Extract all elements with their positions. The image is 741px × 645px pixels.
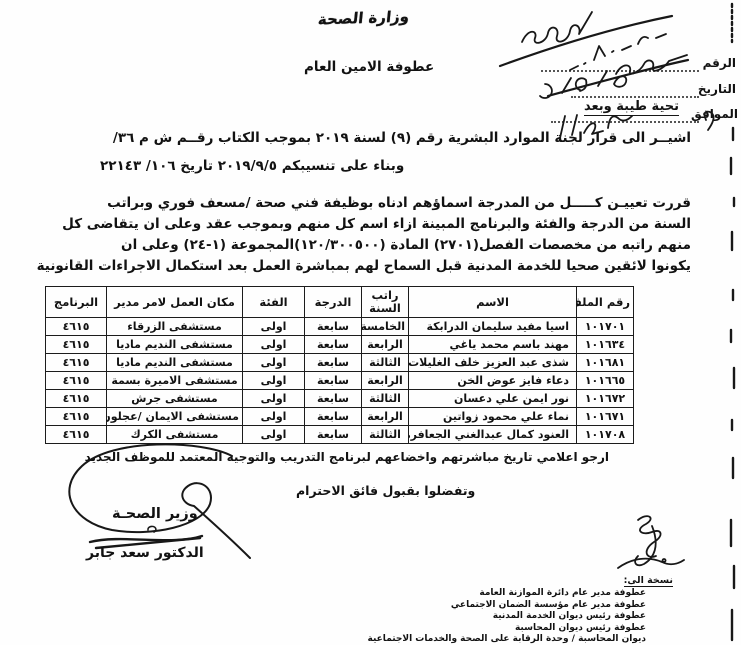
cell-category: اولى xyxy=(243,372,305,390)
cell-salary-year: الرابعة xyxy=(362,372,409,390)
table-row: ١٠١٦٣٤ مهند باسم محمد ياغي الرابعة سابعة… xyxy=(46,336,634,354)
cell-name: اسيا مفيد سليمان الدرابكة xyxy=(409,318,577,336)
column-header-category: الفئة xyxy=(243,287,305,318)
secretary-initials-scribble xyxy=(594,510,694,580)
copy-list-item: عطوفة مدير عام دائرة الموازنة العامة xyxy=(368,588,646,600)
cell-name: نماء علي محمود زواتين xyxy=(409,408,577,426)
column-header-program: البرنامج xyxy=(46,287,107,318)
cell-file-no: ١٠١٦٧٢ xyxy=(577,390,634,408)
body-paragraph1-line2: ١٠٦/ ٢٢١٤٣ تاريخ ٢٠١٩/٩/٥ وبناء على تنسي… xyxy=(100,158,404,174)
column-header-workplace: مكان العمل لامر مدير xyxy=(107,287,243,318)
minister-name: الدكتور سعد جابر xyxy=(86,545,204,561)
copy-list-item: عطوفة رئيس ديوان المحاسبة xyxy=(368,623,646,635)
cell-name: العنود كمال عبدالغني الجعافرة xyxy=(409,426,577,444)
cell-salary-year: الرابعة xyxy=(362,336,409,354)
cell-workplace: مستشفى الاميرة بسمة xyxy=(107,372,243,390)
cell-program: ٤٦١٥ xyxy=(46,408,107,426)
cell-file-no: ١٠١٧٠٨ xyxy=(577,426,634,444)
copies-list: عطوفة مدير عام دائرة الموازنة العامة عطو… xyxy=(368,588,646,645)
appointments-table: رقم الملف الاسم راتب السنة الدرجة الفئة … xyxy=(45,286,634,444)
table-row: ١٠١٦٧١ نماء علي محمود زواتين الرابعة ساب… xyxy=(46,408,634,426)
cell-grade: سابعة xyxy=(305,336,362,354)
cell-grade: سابعة xyxy=(305,372,362,390)
cell-program: ٤٦١٥ xyxy=(46,336,107,354)
cell-name: شذى عبد العزيز خلف الغليلات xyxy=(409,354,577,372)
recipient-line: عطوفة الامين العام xyxy=(304,59,434,75)
copy-list-item: ديوان المحاسبة / وحدة الرقابة على الصحة … xyxy=(368,634,646,645)
cell-workplace: مستشفى الايمان /عجلون xyxy=(107,408,243,426)
cell-name: مهند باسم محمد ياغي xyxy=(409,336,577,354)
cell-file-no: ١٠١٦٦٥ xyxy=(577,372,634,390)
closing-salutation-line: وتفضلوا بقبول فائق الاحترام xyxy=(296,483,475,498)
body-paragraph2-line3: منهم راتبه من مخصصات الفصل(٢٧٠١) المادة … xyxy=(121,237,691,253)
cell-program: ٤٦١٥ xyxy=(46,372,107,390)
cell-salary-year: الرابعة xyxy=(362,408,409,426)
cell-file-no: ١٠١٦٣٤ xyxy=(577,336,634,354)
reference-number: ١٠٦/ ٢٢١٤٣ xyxy=(100,158,176,174)
cell-workplace: مستشفى النديم ماديا xyxy=(107,336,243,354)
column-header-salary-year: راتب السنة xyxy=(362,287,409,318)
cell-category: اولى xyxy=(243,318,305,336)
ministry-of-health-logo: وزارة الصحة xyxy=(317,7,410,28)
cell-grade: سابعة xyxy=(305,408,362,426)
cell-grade: سابعة xyxy=(305,318,362,336)
cell-grade: سابعة xyxy=(305,426,362,444)
cell-salary-year: الثالثة xyxy=(362,390,409,408)
cell-salary-year: الثالثة xyxy=(362,426,409,444)
cell-category: اولى xyxy=(243,354,305,372)
cell-program: ٤٦١٥ xyxy=(46,390,107,408)
cell-name: دعاء فايز عوض الخن xyxy=(409,372,577,390)
cell-workplace: مستشفى الزرقاء xyxy=(107,318,243,336)
body-paragraph2-line1: قررت تعييـن كـــــل من المدرجة اسماؤهم ا… xyxy=(107,195,691,211)
cell-category: اولى xyxy=(243,390,305,408)
column-header-grade: الدرجة xyxy=(305,287,362,318)
cell-salary-year: الخامسة xyxy=(362,318,409,336)
cell-file-no: ١٠١٧٠١ xyxy=(577,318,634,336)
scanned-letter-page: وزارة الصحة عطوفة الامين العام الرقم الت… xyxy=(0,0,741,645)
cell-program: ٤٦١٥ xyxy=(46,354,107,372)
cell-program: ٤٦١٥ xyxy=(46,318,107,336)
cell-salary-year: الثالثة xyxy=(362,354,409,372)
cell-workplace: مستشفى جرش xyxy=(107,390,243,408)
minister-title: وزير الصحـة xyxy=(112,506,198,522)
copies-heading: نسخة الى: xyxy=(624,575,673,587)
body-paragraph2-line2: السنة من الدرجة والفئة والبرنامج المبينة… xyxy=(62,216,691,232)
table-header-row: رقم الملف الاسم راتب السنة الدرجة الفئة … xyxy=(46,287,634,318)
table-row: ١٠١٦٦٥ دعاء فايز عوض الخن الرابعة سابعة … xyxy=(46,372,634,390)
copy-list-item: عطوفة رئيس ديوان الخدمة المدنية xyxy=(368,611,646,623)
handwritten-annotations-top xyxy=(492,0,741,150)
table-row: ١٠١٦٨١ شذى عبد العزيز خلف الغليلات الثال… xyxy=(46,354,634,372)
body-paragraph2-line4: يكونوا لائقين صحيا للخدمة المدنية قبل ال… xyxy=(37,258,691,274)
cell-grade: سابعة xyxy=(305,354,362,372)
date-word: تاريخ xyxy=(180,158,213,174)
reference-date: ٢٠١٩/٩/٥ xyxy=(218,158,277,174)
column-header-name: الاسم xyxy=(409,287,577,318)
scan-edge-artifacts xyxy=(723,0,741,645)
cell-category: اولى xyxy=(243,336,305,354)
column-header-file-no: رقم الملف xyxy=(577,287,634,318)
cell-category: اولى xyxy=(243,408,305,426)
cell-grade: سابعة xyxy=(305,390,362,408)
cell-workplace: مستشفى النديم ماديا xyxy=(107,354,243,372)
copy-list-item: عطوفة مدير عام مؤسسة الضمان الاجتماعي xyxy=(368,600,646,612)
cell-file-no: ١٠١٦٧١ xyxy=(577,408,634,426)
cell-name: نور ايمن علي دعسان xyxy=(409,390,577,408)
cell-file-no: ١٠١٦٨١ xyxy=(577,354,634,372)
table-row: ١٠١٦٧٢ نور ايمن علي دعسان الثالثة سابعة … xyxy=(46,390,634,408)
table-row: ١٠١٧٠١ اسيا مفيد سليمان الدرابكة الخامسة… xyxy=(46,318,634,336)
paragraph1-line2-tail: وبناء على تنسيبكم xyxy=(282,158,405,174)
